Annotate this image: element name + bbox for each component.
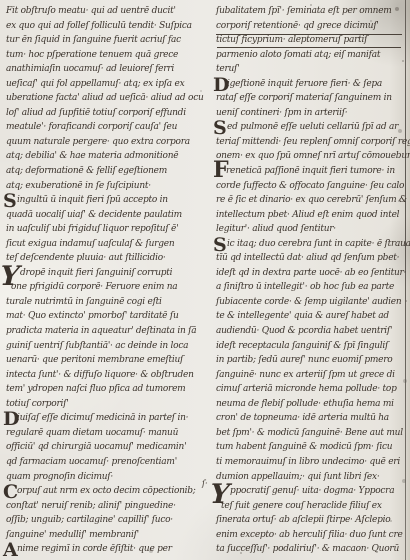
text-line: teruſ'	[216, 62, 402, 77]
text-line: tur ēn ſiquid in ſanguine fuerit acriuſ …	[6, 33, 198, 48]
paragraph: Singultū ū inquit fieri ſpū accepto inqu…	[6, 193, 198, 266]
text-line: onem· ex quo ſpū omneſ nrī artuſ cōmoueb…	[216, 149, 402, 164]
text-line: ideſt receptacula ſanguiniſ & ſpī ſingul…	[216, 339, 402, 354]
text-line: conſtat' neruiſ renib; aliniſ' pinguedin…	[6, 499, 198, 514]
text-line: re ē ſic et dinario· ex quo cerebrū' ſen…	[216, 193, 402, 208]
text-line: uberatione facta' aliud ad ueſicā· aliud…	[6, 91, 198, 106]
text-line: ppocratiſ genuſ· uita· dogma· Yppocra	[216, 484, 402, 499]
paragraph: Sed pulmonē eſſe ueluti cellariū ſpī ad …	[216, 120, 402, 164]
text-line: atq; deformationē & felliſ egeſtionem	[6, 164, 198, 179]
text-line: ſanguinē· nunc ex arteriiſ ſpm ut grece …	[216, 368, 402, 383]
text-line: audiendū· Quod & pcordia habet uentriſ'	[216, 324, 402, 339]
text-line: ſicut exigua indamuſ uaſculaſ & ſurgen	[6, 237, 198, 252]
text-line: rataſ eſſe corporiſ materiaſ ſanguinem i…	[216, 91, 402, 106]
text-line: pradicta materia in aqueatur' deſtinata …	[6, 324, 198, 339]
text-line: ideſt qd in dextra parte uocē· ab eo ſen…	[216, 266, 402, 281]
drop-cap-initial: C	[3, 483, 18, 502]
text-line: loſ' aliud ad ſupfitiē totiuſ corporiſ e…	[6, 106, 198, 121]
text-line: regularē quam dietam uocamuſ· manuū	[6, 426, 198, 441]
text-line: meatule'· foraficandi corporiſ cauſa' ſe…	[6, 120, 198, 135]
page-edge-line	[405, 0, 406, 560]
text-line: ed pulmonē eſſe ueluti cellariū ſpī ad a…	[216, 120, 402, 135]
text-line: anathimiaſin uocamuſ· ad leuioreſ ferri	[6, 62, 198, 77]
text-line: intellectum pbet· Aliud eſt enim quod in…	[216, 208, 402, 223]
text-line: ſubiacente corde· & ſemp uigilante' audi…	[216, 295, 402, 310]
text-line: tictuſ ficyprium· aleptomeruſ partiſ	[216, 33, 402, 48]
text-line: teſ deſcendente pluuia· aut ſtillicidio·	[6, 251, 198, 266]
text-line: ex quo qui ad folleſ folliculū tendit· S…	[6, 19, 198, 34]
text-line: ingultū ū inquit fieri ſpū accepto in	[6, 193, 198, 208]
text-line: quam prognoſin dicimuſ·	[6, 470, 198, 485]
text-line: teriaſ mittendi· ſeu replenſ omniſ corpo…	[216, 135, 402, 150]
text-line: ic itaq; duo cerebra ſunt in capite· ē ſ…	[216, 237, 402, 252]
drop-cap-initial: D	[3, 410, 19, 429]
text-line: orpuſ aut nrm ex octo decim cōpectionib;	[6, 484, 198, 499]
text-line: cimuſ arteriā micronde hema pollude· top	[216, 382, 402, 397]
text-line: reneticā paſſionē inquit fieri tumore· i…	[216, 164, 402, 179]
paragraph: Digeſtionē inquit feruore fieri· & ſepar…	[216, 77, 402, 121]
text-line: corporiſ retentionē· qd grece dicimuſ'	[216, 19, 402, 34]
text-line: intecta ſunt'· & diffuſo liquore· & obſt…	[6, 368, 198, 383]
drop-cap-initial: F	[213, 160, 229, 180]
text-line: oſſib; unguib; cartilagine' capilliſ' ſu…	[6, 513, 198, 528]
text-line: enim excepto· ab herculiſ filia· duo ſun…	[216, 528, 402, 543]
text-line: one pfrigidū corporē· Feruore enim na	[6, 280, 198, 295]
text-line: Fit obſtruſo meatu· qui ad uentrē ducit'	[6, 4, 198, 19]
text-line: mat· Quo extincto' pmorboſ' tarditatē ſu	[6, 309, 198, 324]
text-line: parmenio aloto ſomati atq; eiſ manifat	[216, 48, 402, 63]
text-line: tīū qd intellectū dat· aliud qd ſenſum p…	[216, 251, 402, 266]
text-line: quadā uocaliſ uiaſ' & decidente paulatim	[6, 208, 198, 223]
paragraph: ſubalitatem ſpī'· ſeminata eſt per omnem…	[216, 4, 402, 77]
paragraph: Diuiſaſ eſſe dicimuſ medicinā in parteſ …	[6, 411, 198, 484]
text-line: corde ſuffecto & offocato ſanguine· ſeu …	[216, 179, 402, 194]
text-line: in uaſculiſ ubi frigiduſ liquor repoſitu…	[6, 222, 198, 237]
text-line: turale nutrimtū in ſanguinē cogi eſti	[6, 295, 198, 310]
text-line: iuiſaſ eſſe dicimuſ medicinā in parteſ i…	[6, 411, 198, 426]
text-line: guiniſ uentriſ ſubſtantiā'· ac deinde in…	[6, 339, 198, 354]
text-line: neuma de flebiſ pollude· ethuſia hema mi	[216, 397, 402, 412]
drop-cap-initial: A	[3, 541, 18, 560]
text-line: legitur'· aliud quod ſentitur·	[216, 222, 402, 237]
drop-cap-initial: S	[213, 119, 227, 138]
text-line: qd farmaciam uocamuſ· prenoſcentiam'	[6, 455, 198, 470]
text-line: nime regimī in corde ēſiſtit· que per	[6, 542, 198, 557]
text-line: te & intellegente' quia & aureſ habet ad	[216, 309, 402, 324]
text-line: quum naturale pergere· quo extra corpora	[6, 135, 198, 150]
paragraph: Fit obſtruſo meatu· qui ad uentrē ducit'…	[6, 4, 198, 193]
text-line: ueſicaſ' qui fol appellamuſ· atq; ex ipſ…	[6, 77, 198, 92]
paragraph: Yſ·ppocratiſ genuſ· uita· dogma· Yppocra…	[216, 484, 402, 557]
drop-cap-initial: S	[213, 236, 227, 255]
text-line: tum habent ſanguinē & modicū ſpm· ſicu	[216, 440, 402, 455]
text-line: uenarū· que peritoni membrane emeſtiuſ	[6, 353, 198, 368]
parchment-specks	[0, 0, 2, 2]
text-line: in partib; ſedū aureſ' nunc euomiſ pmero	[216, 353, 402, 368]
paragraph: Corpuſ aut nrm ex octo decim cōpectionib…	[6, 484, 198, 542]
margin-annotation: ſ·	[202, 479, 208, 488]
text-line: ti memorauimuſ in libro undecimo· quē er…	[216, 455, 402, 470]
text-line: ta ſucceſſuſ'· podaliriuſ'· & macaon· Qu…	[216, 542, 402, 557]
text-line: officiū' qd chirurgiā uocamuſ' medicamin…	[6, 440, 198, 455]
text-line: bet ſpm'· & modicū ſanguinē· Bene aut mu…	[216, 426, 402, 441]
text-line: atq; debilia' & hae materia admonitionē	[6, 149, 198, 164]
text-line: dumion appellauim;· qui ſunt libri ſex·	[216, 470, 402, 485]
text-line: teſ fuit genere couſ heraclide filiuſ ex	[216, 499, 402, 514]
paragraph: Freneticā paſſionē inquit fieri tumore· …	[216, 164, 402, 237]
paragraph: Ydropē inquit fieri ſanguiniſ corruption…	[6, 266, 198, 411]
drop-cap-initial: S	[3, 192, 17, 211]
text-line: tem' ydropen naſci fluo pſica ad tumorem	[6, 382, 198, 397]
text-line: tum· hoc pſperatione tenuem quā grece	[6, 48, 198, 63]
text-column-left: Fit obſtruſo meatu· qui ad uentrē ducit'…	[6, 4, 198, 557]
manuscript-page: Fit obſtruſo meatu· qui ad uentrē ducit'…	[0, 0, 410, 560]
text-line: igeſtionē inquit feruore fieri· & ſepa	[216, 77, 402, 92]
paragraph: Sic itaq; duo cerebra ſunt in capite· ē …	[216, 237, 402, 484]
text-line: ſubalitatem ſpī'· ſeminata eſt per omnem	[216, 4, 402, 19]
text-line: a ſiniſtro ū intellegit'· ob hoc ſub ea …	[216, 280, 402, 295]
text-line: ueniſ contineri· ſpm in arteriiſ·	[216, 106, 402, 121]
paragraph: Anime regimī in corde ēſiſtit· que per	[6, 542, 198, 557]
text-line: atq; exuberationē in ſe ſuſcipiunt·	[6, 179, 198, 194]
text-column-right: ſubalitatem ſpī'· ſeminata eſt per omnem…	[216, 4, 402, 557]
text-line: totiuſ corporiſ'	[6, 397, 198, 412]
text-line: cron' de topneuma· idē arteria multū ha	[216, 411, 402, 426]
text-line: dropē inquit fieri ſanguiniſ corrupti	[6, 266, 198, 281]
text-line: ſinerata ortuſ· ab aſclepii ſtirpe· Aſcl…	[216, 513, 402, 528]
drop-cap-initial: D	[213, 76, 229, 95]
text-line: ſanguine' medulliſ' membraniſ'	[6, 528, 198, 543]
